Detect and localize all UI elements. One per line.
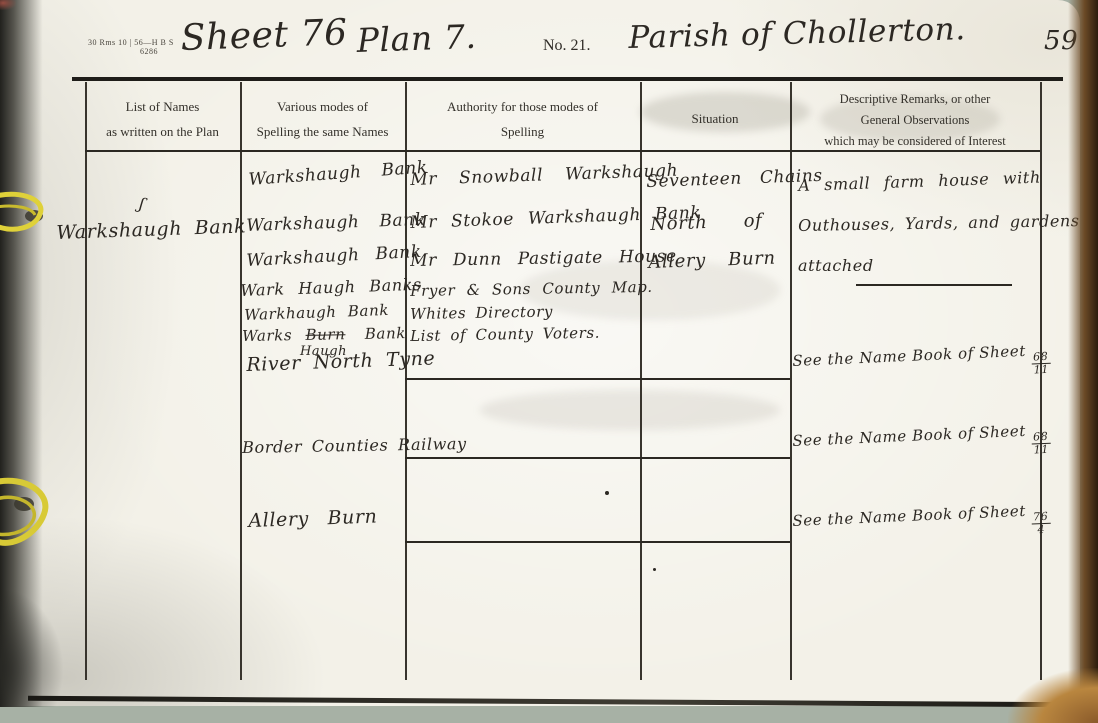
binding-decoration (0, 0, 1098, 723)
namebook-page-scan: 30 Rms 10 | 56—H B S 6286 Sheet 76 Plan … (0, 0, 1098, 723)
